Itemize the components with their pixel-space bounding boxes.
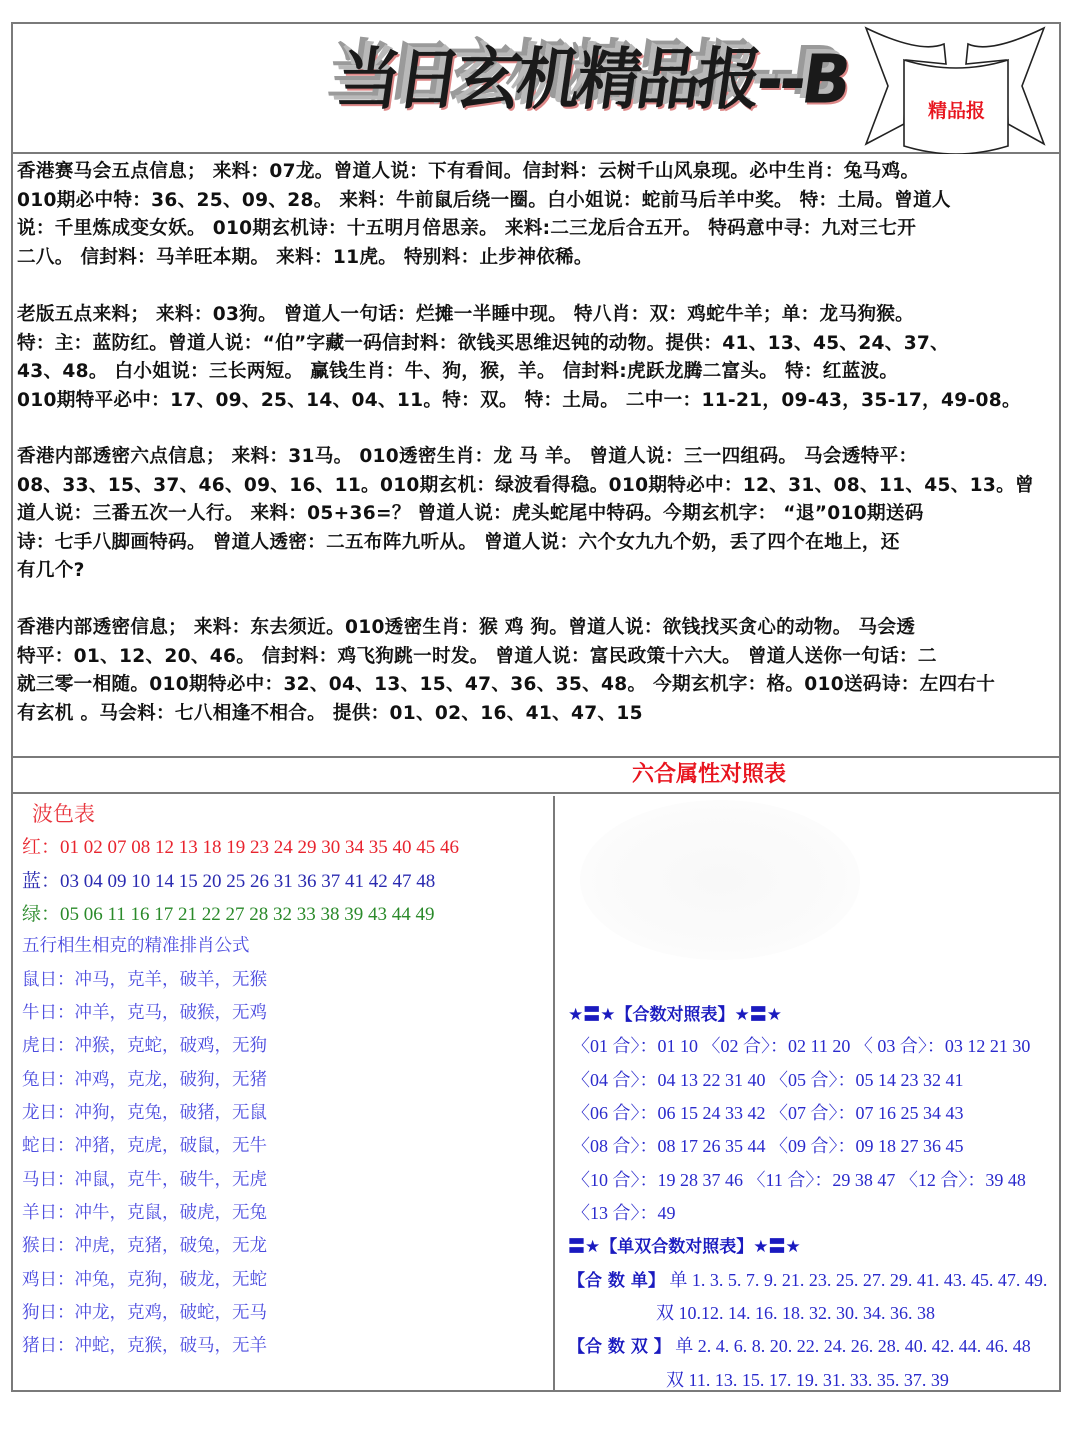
wuxing-row: 狗日：冲龙，克鸡，破蛇，无马 [22, 1299, 267, 1324]
odd-sum-label: 【合 数 单】 [568, 1271, 665, 1291]
badge-label: 精品报 [928, 96, 985, 123]
heshu-row: 〈06 合〉：06 15 24 33 42 〈07 合〉：07 16 25 34… [572, 1099, 964, 1125]
divider [11, 756, 1061, 758]
wuxing-row: 马日：冲鼠，克牛，破牛，无虎 [22, 1166, 267, 1191]
wuxing-title: 五行相生相克的精准排肖公式 [22, 932, 250, 957]
wuxing-row: 虎日：冲猴，克蛇，破鸡，无狗 [22, 1032, 267, 1057]
column-divider [553, 796, 555, 1392]
even-sum-double: 双 11. 13. 15. 17. 19. 31. 33. 35. 37. 39 [666, 1366, 949, 1392]
info-section-4: 香港内部透密信息； 来料：东去须近。010透密生肖：猴 鸡 狗。曾道人说：欲钱找… [17, 614, 1059, 728]
info-line: 香港赛马会五点信息； 来料：07龙。曾道人说：下有看间。信封料：云树千山风泉现。… [17, 158, 1059, 187]
divider [11, 792, 1061, 794]
wuxing-row: 鸡日：冲兔，克狗，破龙，无蛇 [22, 1266, 267, 1291]
wave-green-row: 绿：05 06 11 16 17 21 22 27 28 32 33 38 39… [22, 899, 435, 926]
wave-red-row: 红：01 02 07 08 12 13 18 19 23 24 29 30 34… [22, 832, 459, 859]
wave-table-title: 波色表 [32, 798, 95, 828]
info-section-2: 老版五点来料； 来料：03狗。 曾道人一句话：烂摊一半睡中现。 特八肖：双：鸡蛇… [17, 301, 1059, 415]
odd-sum-single: 单 1. 3. 5. 7. 9. 21. 23. 25. 27. 29. 41.… [669, 1270, 1047, 1290]
info-line: 有几个? [17, 557, 1059, 586]
wuxing-row: 羊日：冲牛，克鼠，破虎，无兔 [22, 1199, 267, 1224]
wuxing-row: 兔日：冲鸡，克龙，破狗，无猪 [22, 1066, 267, 1091]
wave-blue-row: 蓝：03 04 09 10 14 15 20 25 26 31 36 37 41… [22, 866, 435, 893]
info-line: 说：千里炼成变女妖。 010期玄机诗：十五明月倍思亲。 来料:二三龙后合五开。 … [17, 215, 1059, 244]
table-title: 六合属性对照表 [632, 757, 786, 788]
info-line: 道人说：三番五次一人行。 来料：05+36=？ 曾道人说：虎头蛇尾中特码。今期玄… [17, 500, 1059, 529]
info-section-3: 香港内部透密六点信息； 来料：31马。 010透密生肖：龙 马 羊。 曾道人说：… [17, 443, 1059, 586]
info-line: 010期特平必中：17、09、25、14、04、11。特：双。 特：土局。 二中… [17, 387, 1059, 416]
info-line: 香港内部透密信息； 来料：东去须近。010透密生肖：猴 鸡 狗。曾道人说：欲钱找… [17, 614, 1059, 643]
wuxing-row: 猴日：冲虎，克猪，破兔，无龙 [22, 1232, 267, 1257]
info-line: 香港内部透密六点信息； 来料：31马。 010透密生肖：龙 马 羊。 曾道人说：… [17, 443, 1059, 472]
info-line: 08、33、15、37、46、09、16、11。010期玄机：绿波看得稳。010… [17, 472, 1059, 501]
info-line: 特平：01、12、20、46。 信封料：鸡飞狗跳一时发。 曾道人说：富民政策十六… [17, 643, 1059, 672]
info-line: 诗：七手八脚画特码。 曾道人透密：二五布阵九听从。 曾道人说：六个女九九个奶，丢… [17, 529, 1059, 558]
info-line: 就三零一相随。010期特必中：32、04、13、15、47、36、35、48。 … [17, 671, 1059, 700]
wuxing-row: 蛇日：冲猪，克虎，破鼠，无牛 [22, 1132, 267, 1157]
heshu-row: 〈10 合〉：19 28 37 46 〈11 合〉：29 38 47 〈12 合… [572, 1166, 1026, 1192]
heshu-row: 〈08 合〉：08 17 26 35 44 〈09 合〉：09 18 27 36… [572, 1132, 964, 1158]
scroll-badge-icon [860, 24, 1050, 154]
info-line: 老版五点来料； 来料：03狗。 曾道人一句话：烂摊一半睡中现。 特八肖：双：鸡蛇… [17, 301, 1059, 330]
info-line: 010期必中特：36、25、09、28。 来料：牛前鼠后绕一圈。白小姐说：蛇前马… [17, 187, 1059, 216]
even-sum-label: 【合 数 双 】 [568, 1337, 671, 1357]
info-line: 有玄机 。马会料：七八相逢不相合。 提供：01、02、16、41、47、15 [17, 700, 1059, 729]
faded-watermark [580, 800, 860, 960]
even-sum-single: 单 2. 4. 6. 8. 20. 22. 24. 26. 28. 40. 42… [675, 1336, 1031, 1356]
info-line: 二八。 信封料：马羊旺本期。 来料：11虎。 特别料：止步神依稀。 [17, 244, 1059, 273]
danshuang-title: 〓★【单双合数对照表】★〓★ [568, 1232, 801, 1257]
wuxing-row: 猪日：冲蛇，克猴，破马，无羊 [22, 1332, 267, 1357]
wuxing-row: 鼠日：冲马，克羊，破羊，无猴 [22, 966, 267, 991]
info-section-1: 香港赛马会五点信息； 来料：07龙。曾道人说：下有看间。信封料：云树千山风泉现。… [17, 158, 1059, 272]
heshu-row: 〈04 合〉：04 13 22 31 40 〈05 合〉：05 14 23 32… [572, 1066, 964, 1092]
info-line: 特：主：蓝防红。曾道人说：“伯”字藏一码信封料：欲钱买思维迟钝的动物。提供：41… [17, 330, 1059, 359]
heshu-row: 〈01 合〉：01 10 〈02 合〉：02 11 20 〈 03 合〉：03 … [572, 1032, 1030, 1058]
info-line: 43、48。 白小姐说：三长两短。 赢钱生肖：牛、狗，猴，羊。 信封料:虎跃龙腾… [17, 358, 1059, 387]
odd-sum-double: 双 10.12. 14. 16. 18. 32. 30. 34. 36. 38 [656, 1299, 935, 1325]
wuxing-row: 牛日：冲羊，克马，破猴，无鸡 [22, 999, 267, 1024]
heshu-row: 〈13 合〉：49 [572, 1199, 676, 1225]
heshu-title: ★〓★【合数对照表】★〓★ [568, 1000, 782, 1025]
wuxing-row: 龙日：冲狗，克兔，破猪，无鼠 [22, 1099, 267, 1124]
banner-title: 当日玄机精品报--B [331, 26, 854, 123]
